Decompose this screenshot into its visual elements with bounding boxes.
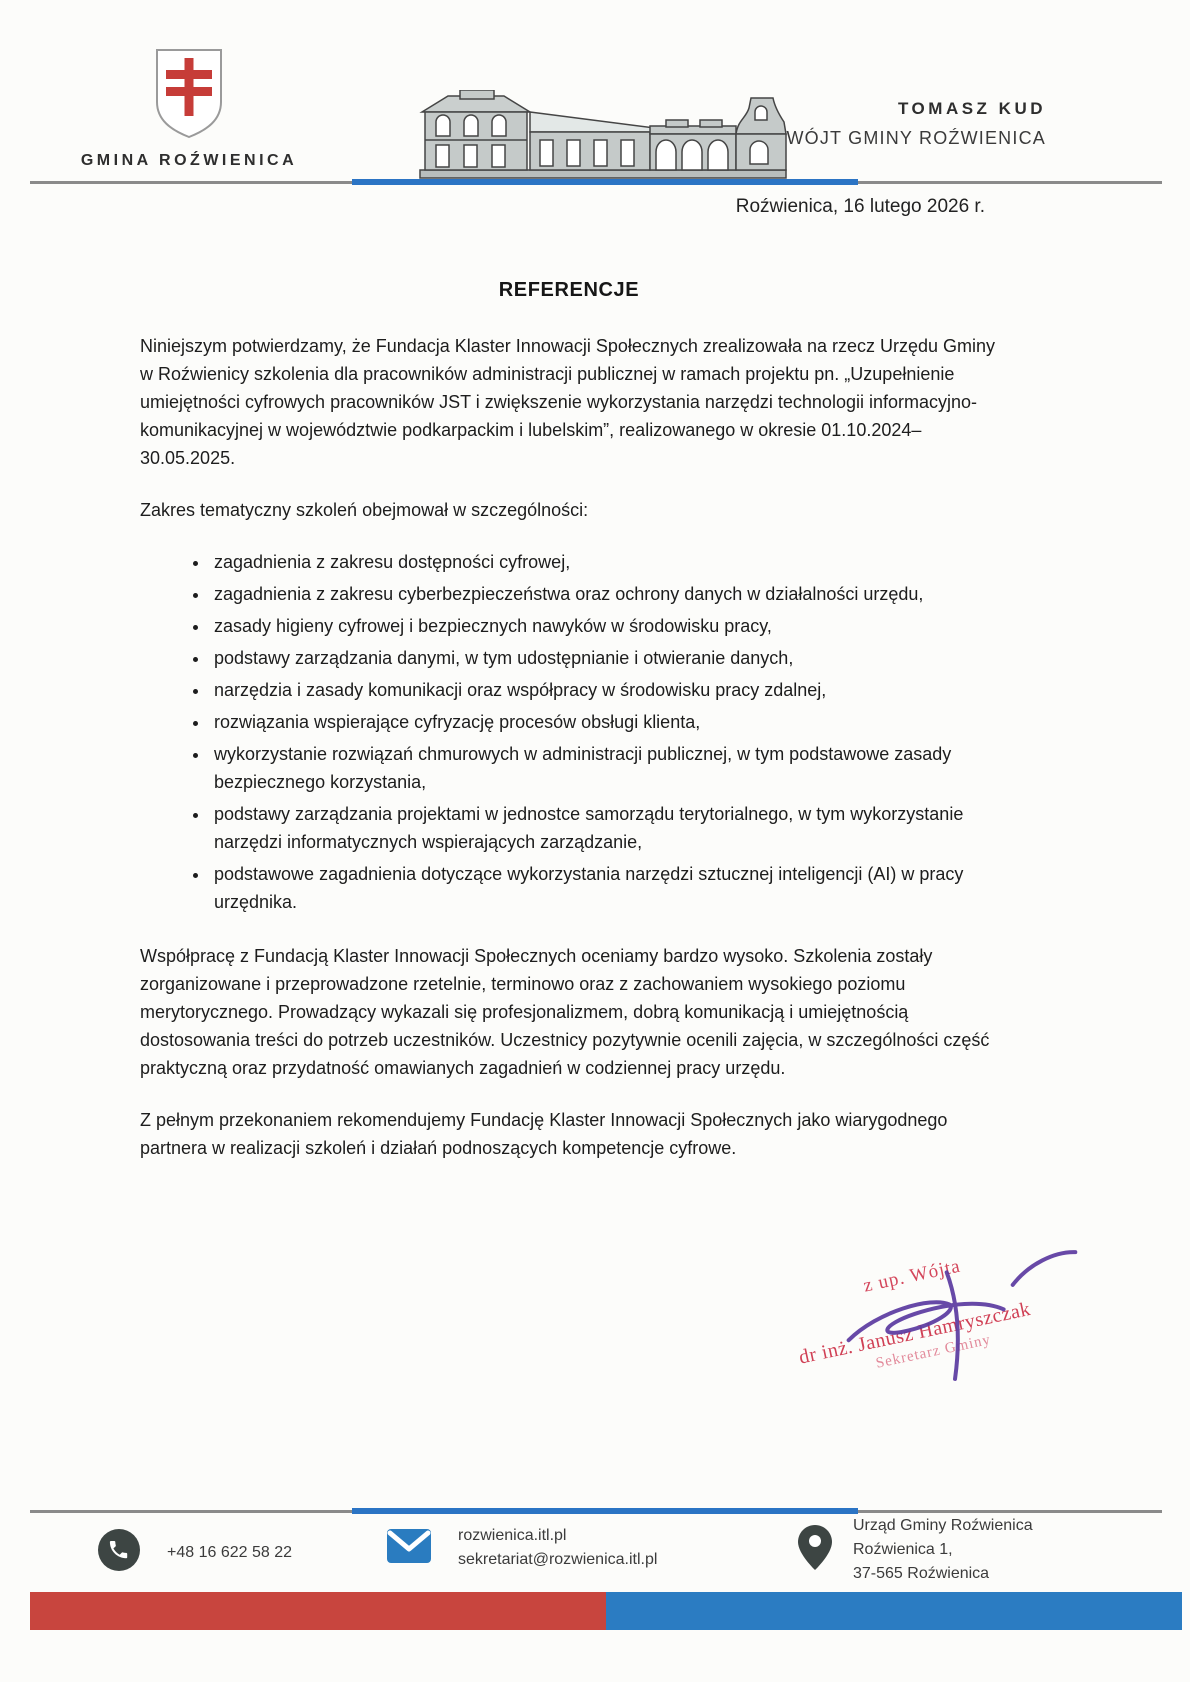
manor-building-illustration <box>418 90 790 185</box>
contact-phone: +48 16 622 58 22 <box>97 1528 292 1577</box>
training-topic-item: podstawowe zagadnienia dotyczące wykorzy… <box>210 860 998 916</box>
paragraph-evaluation: Współpracę z Fundacją Klaster Innowacji … <box>140 942 998 1082</box>
training-topic-item: zagadnienia z zakresu cyberbezpieczeństw… <box>210 580 998 608</box>
phone-number: +48 16 622 58 22 <box>167 1541 292 1565</box>
address-line-2: 37-565 Roźwienica <box>853 1562 1033 1586</box>
divider-segment <box>858 1510 1162 1513</box>
municipality-crest-block: GMINA ROŹWIENICA <box>58 46 320 170</box>
coat-of-arms-icon <box>152 46 226 140</box>
document-date: Roźwienica, 16 lutego 2026 r. <box>736 196 985 218</box>
training-topic-item: narzędzia i zasady komunikacji oraz wspó… <box>210 676 998 704</box>
contact-address: Urząd Gminy Roźwienica Roźwienica 1, 37-… <box>797 1514 1033 1586</box>
training-topic-item: zasady higieny cyfrowej i bezpiecznych n… <box>210 612 998 640</box>
footer-bar-blue <box>606 1592 1182 1630</box>
stamp-authorization-line: z up. Wójta <box>862 1226 1103 1298</box>
divider-segment-accent <box>352 179 858 185</box>
divider-segment <box>30 181 352 184</box>
training-topic-item: rozwiązania wspierające cyfryzację proce… <box>210 708 998 736</box>
document-page: GMINA ROŹWIENICA <box>0 0 1190 1682</box>
website-url: rozwienica.itl.pl <box>458 1524 657 1548</box>
phone-icon <box>97 1528 141 1577</box>
building-icon <box>418 90 790 180</box>
training-topic-item: podstawy zarządzania danymi, w tym udost… <box>210 644 998 672</box>
contact-email: rozwienica.itl.pl sekretariat@rozwienica… <box>386 1524 657 1572</box>
training-topics-list: zagadnienia z zakresu dostępności cyfrow… <box>140 548 998 916</box>
address-line-1: Roźwienica 1, <box>853 1538 1033 1562</box>
paragraph-scope-intro: Zakres tematyczny szkoleń obejmował w sz… <box>140 496 998 524</box>
email-icon <box>386 1527 432 1570</box>
letter-body: REFERENCJE Niniejszym potwierdzamy, że F… <box>140 276 998 1186</box>
location-pin-icon <box>797 1524 833 1577</box>
official-title: WÓJT GMINY ROŹWIENICA <box>786 128 1046 149</box>
header-divider <box>30 179 1162 185</box>
document-title: REFERENCJE <box>140 276 998 304</box>
paragraph-intro: Niniejszym potwierdzamy, że Fundacja Kla… <box>140 332 998 472</box>
official-block: TOMASZ KUD WÓJT GMINY ROŹWIENICA <box>786 99 1046 149</box>
divider-segment <box>30 1510 352 1513</box>
official-name: TOMASZ KUD <box>786 99 1046 119</box>
training-topic-item: podstawy zarządzania projektami w jednos… <box>210 800 998 856</box>
training-topic-item: zagadnienia z zakresu dostępności cyfrow… <box>210 548 998 576</box>
office-name: Urząd Gminy Roźwienica <box>853 1514 1033 1538</box>
municipality-name: GMINA ROŹWIENICA <box>58 152 320 170</box>
footer-bar-red <box>30 1592 606 1630</box>
footer-color-bar <box>30 1592 1182 1630</box>
divider-segment-accent <box>352 1508 858 1514</box>
training-topic-item: wykorzystanie rozwiązań chmurowych w adm… <box>210 740 998 796</box>
email-address: sekretariat@rozwienica.itl.pl <box>458 1548 657 1572</box>
paragraph-recommendation: Z pełnym przekonaniem rekomendujemy Fund… <box>140 1106 998 1162</box>
footer-contacts: +48 16 622 58 22 rozwienica.itl.pl sekre… <box>0 1522 1190 1594</box>
divider-segment <box>858 181 1162 184</box>
signature-stamp: z up. Wójta dr inż. Janusz Hamryszczak S… <box>785 1226 1118 1388</box>
